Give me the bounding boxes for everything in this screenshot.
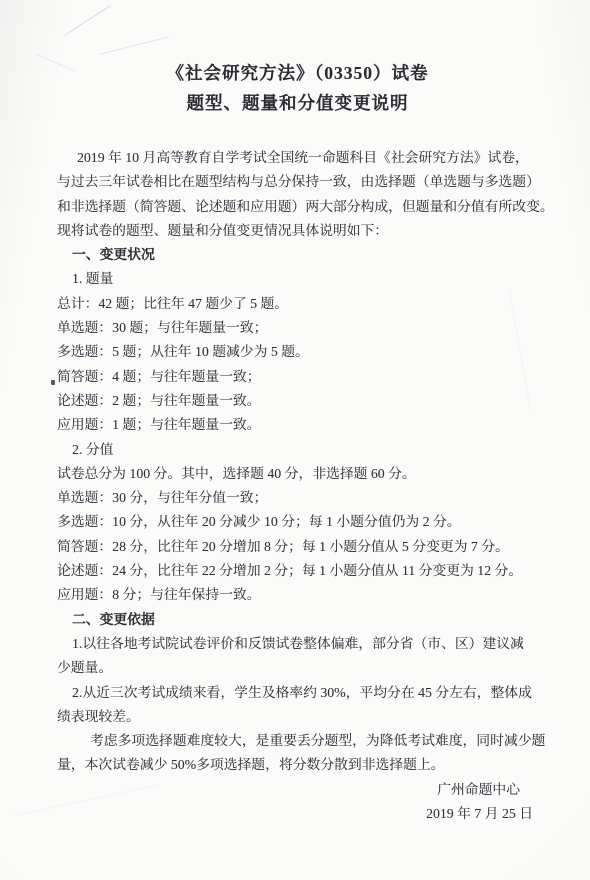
- intro-line: 与过去三年试卷相比在题型结构与总分保持一致，由选择题（单选题与多选题）: [57, 170, 538, 194]
- quantity-item: 单选题：30 题；与往年题量一致；: [57, 316, 538, 340]
- intro-line: 现将试卷的题型、题量和分值变更情况具体说明如下：: [57, 219, 538, 243]
- score-item: 论述题：24 分，比往年 22 分增加 2 分；每 1 小题分值从 11 分变更…: [57, 559, 538, 583]
- document-body: 2019 年 10 月高等教育自学考试全国统一命题科目《社会研究方法》试卷， 与…: [57, 146, 538, 826]
- signature-date: 2019 年 7 月 25 日: [57, 802, 538, 826]
- basis-line: 绩表现较差。: [57, 705, 538, 729]
- intro-line: 和非选择题（简答题、论述题和应用题）两大部分构成，但题量和分值有所改变。: [57, 195, 538, 219]
- score-item: 简答题：28 分，比往年 20 分增加 8 分；每 1 小题分值从 5 分变更为…: [57, 535, 538, 559]
- document-title-line1: 《社会研究方法》（03350）试卷: [57, 58, 538, 88]
- score-item: 应用题：8 分；与往年保持一致。: [57, 583, 538, 607]
- section1-heading: 一、变更状况: [57, 243, 538, 267]
- document-content: 《社会研究方法》（03350）试卷 题型、题量和分值变更说明 2019 年 10…: [57, 58, 538, 826]
- basis-line: 2.从近三次考试成绩来看，学生及格率约 30%，平均分在 45 分左右，整体成: [57, 681, 538, 705]
- basis-line: 1.以往各地考试院试卷评价和反馈试卷整体偏难，部分省（市、区）建议减: [57, 632, 538, 656]
- basis-line: 量，本次试卷减少 50%多项选择题，将分数分散到非选择题上。: [57, 753, 538, 777]
- quantity-item: 论述题：2 题；与往年题量一致。: [57, 389, 538, 413]
- quantity-item: 应用题：1 题；与往年题量一致。: [57, 413, 538, 437]
- intro-line: 2019 年 10 月高等教育自学考试全国统一命题科目《社会研究方法》试卷，: [57, 146, 538, 170]
- crease-mark: [101, 37, 169, 55]
- score-item: 单选题：30 分，与往年分值一致；: [57, 486, 538, 510]
- score-item: 试卷总分为 100 分。其中，选择题 40 分，非选择题 60 分。: [57, 462, 538, 486]
- score-item: 多选题：10 分，从往年 20 分减少 10 分；每 1 小题分值仍为 2 分。: [57, 510, 538, 534]
- crease-mark: [64, 5, 111, 36]
- scanned-page: 《社会研究方法》（03350）试卷 题型、题量和分值变更说明 2019 年 10…: [0, 0, 590, 880]
- quantity-item: 总计：42 题；比往年 47 题少了 5 题。: [57, 292, 538, 316]
- quantity-item: 简答题：4 题；与往年题量一致；: [57, 365, 538, 389]
- score-subheading: 2. 分值: [57, 438, 538, 462]
- signature: 广州命题中心: [57, 778, 538, 802]
- section2-heading: 二、变更依据: [57, 608, 538, 632]
- basis-line: 考虑多项选择题难度较大，是重要丢分题型，为降低考试难度，同时减少题: [57, 729, 538, 753]
- quantity-item: 多选题：5 题；从往年 10 题减少为 5 题。: [57, 340, 538, 364]
- ink-speck: [51, 380, 55, 385]
- document-title-line2: 题型、题量和分值变更说明: [57, 88, 538, 118]
- basis-line: 少题量。: [57, 656, 538, 680]
- quantity-subheading: 1. 题量: [57, 267, 538, 291]
